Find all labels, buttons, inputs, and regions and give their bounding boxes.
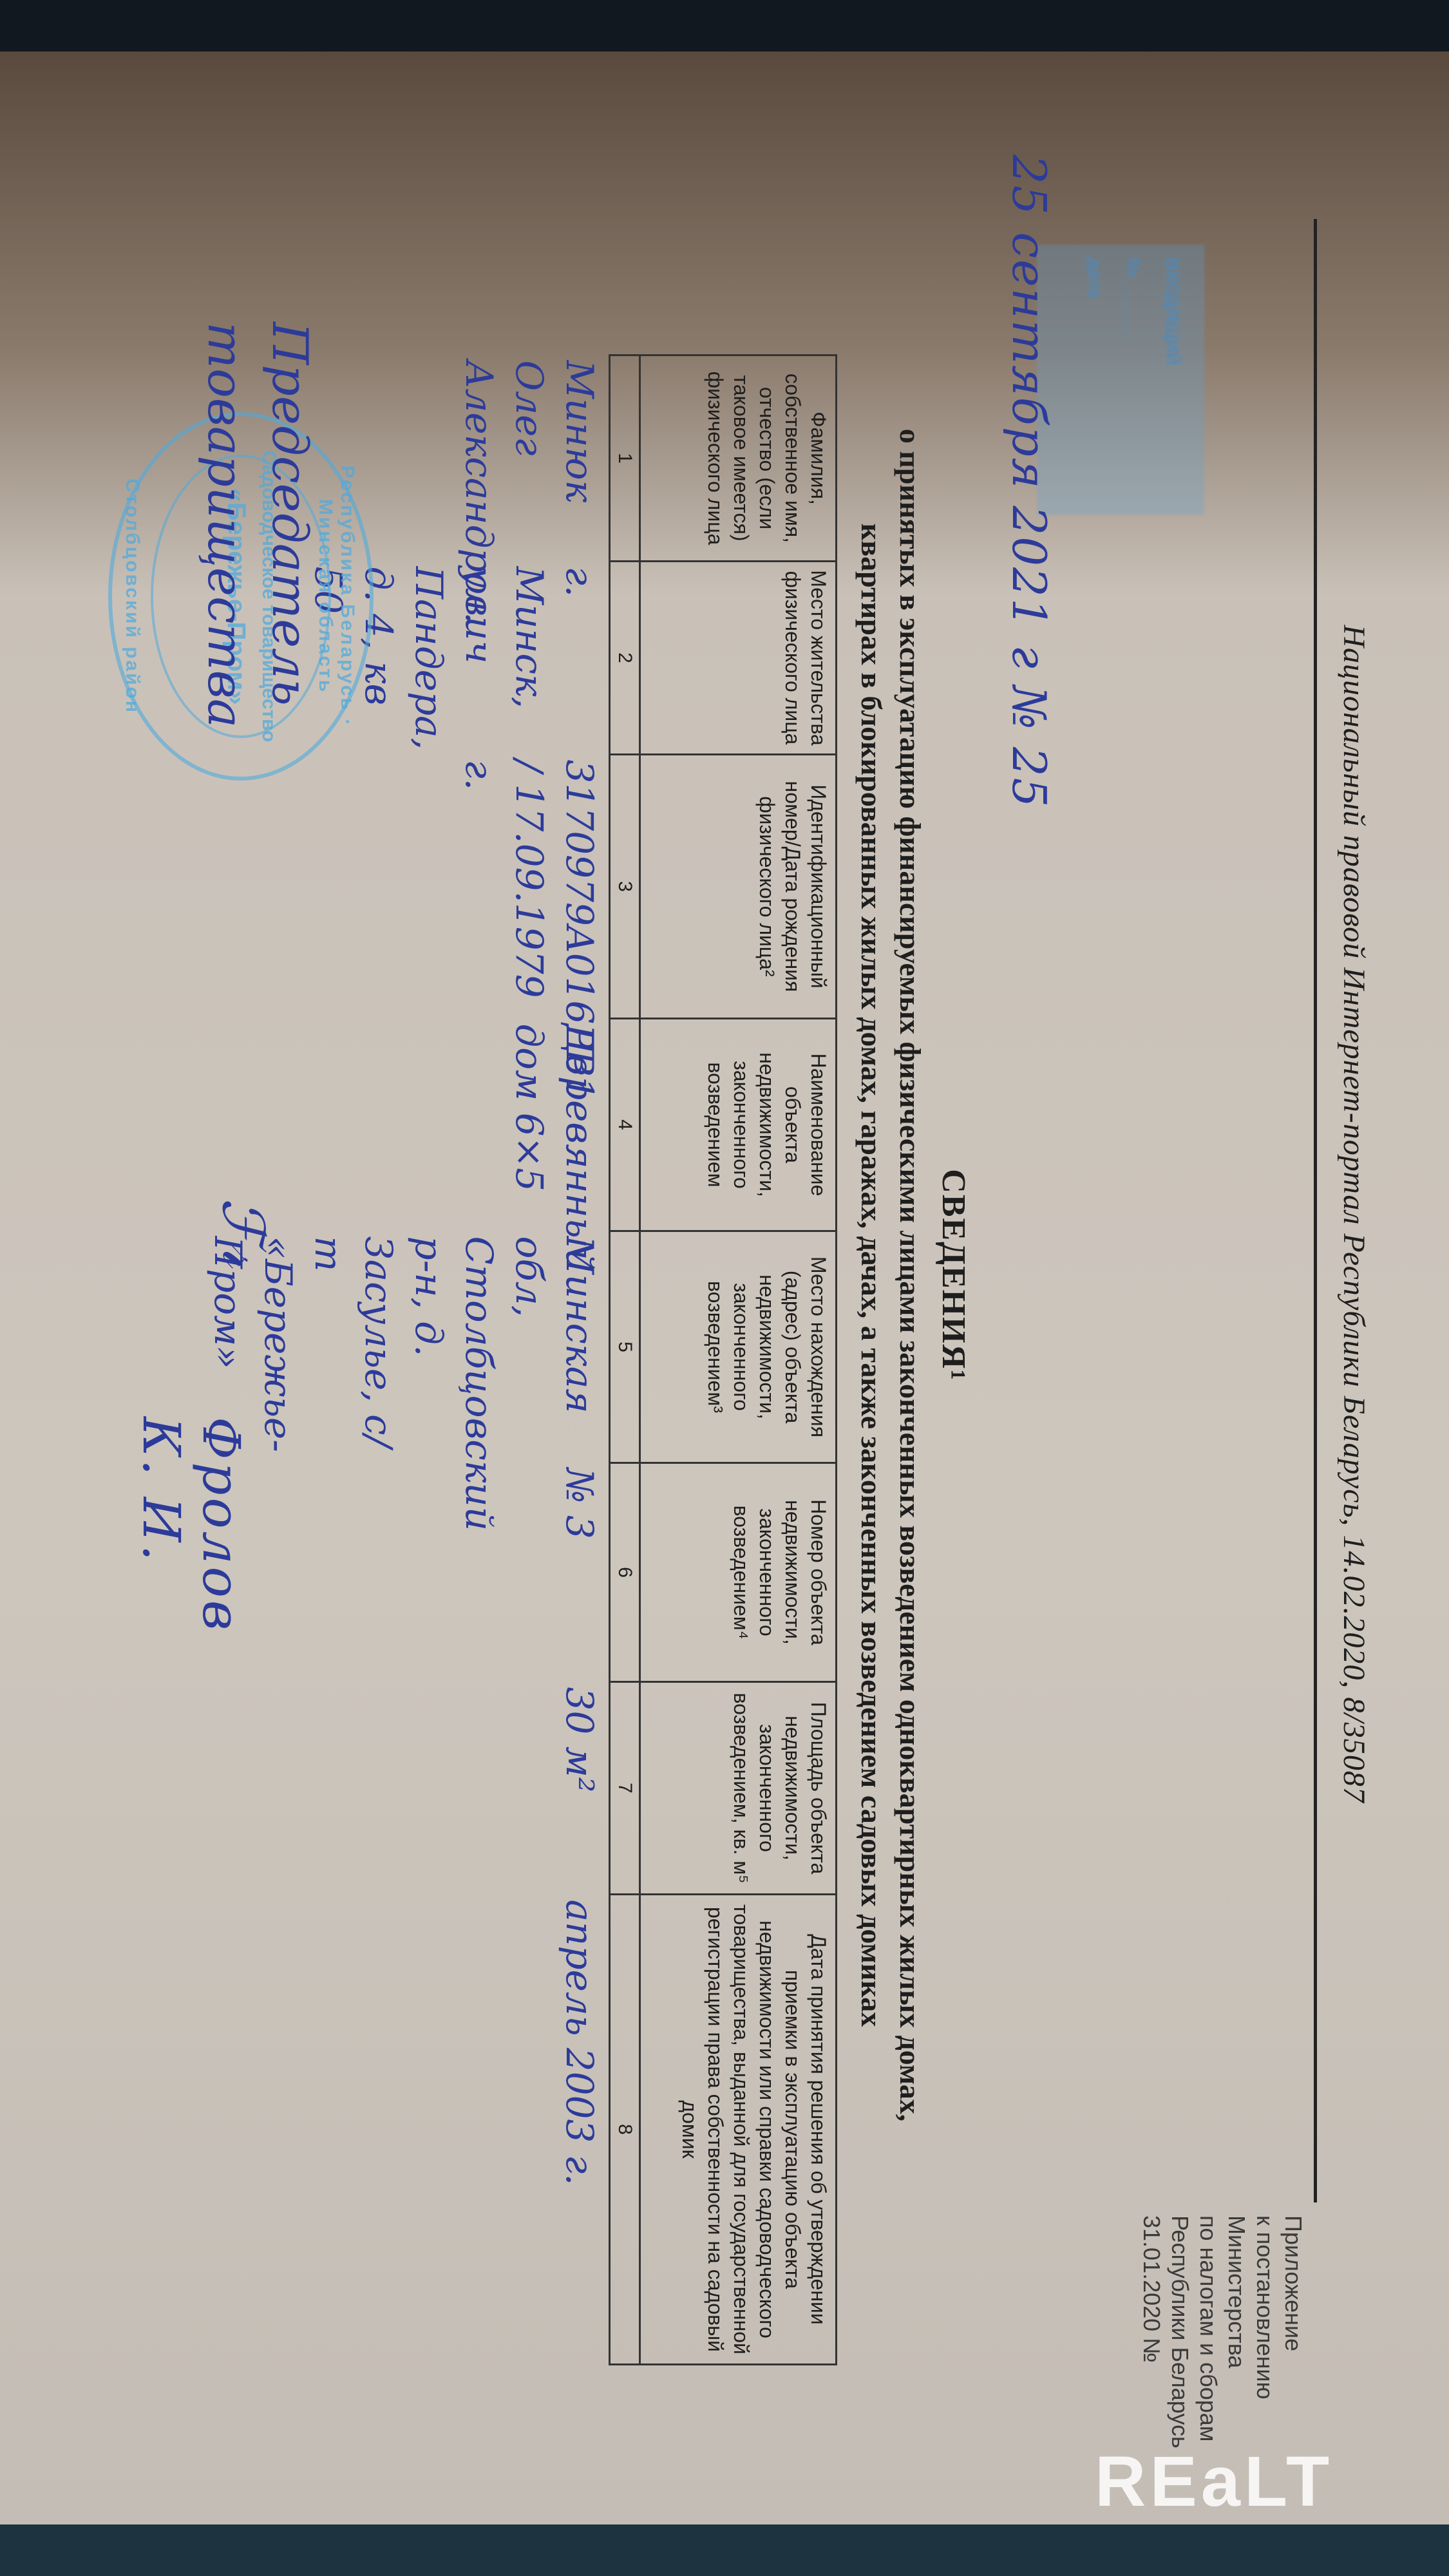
column-number: 4 [610,1019,640,1231]
column-number: 3 [610,755,640,1019]
stamp-ring-text: Столбцовский район [121,416,143,777]
column-number: 2 [610,562,640,755]
signatory-title: Председатель товарищества [193,322,322,708]
header-acceptance-date: Дата принятия решения об утверждении при… [640,1895,837,2365]
signatory-name: Фролов К. И. [131,1417,251,1633]
stamp-line: № ______ [1114,258,1153,502]
cell-id-birthdate: 3170979A016PB1 / 17.09.1979 г. [199,755,610,1019]
header-full-name: Фамилия, собственное имя, отчество (если… [640,355,837,562]
header-id-birthdate: Идентификационный номер/Дата рождения фи… [640,755,837,1019]
column-number: 5 [610,1231,640,1463]
handwritten-value: № 3 [558,1468,601,1539]
realt-watermark: REaLT [1095,2441,1333,2523]
handwritten-value: апрель 2003 г. [558,1900,601,2186]
handwritten-value: 30 м² [558,1687,601,1793]
registration-handwritten-note: 25 сентября 2021 г № 25 [1002,155,1056,808]
document-title: СВЕДЕНИЯ¹ [934,52,972,2499]
document-subtitle-1: о принятых в эксплуатацию финансируемых … [893,52,927,2499]
header-object-name: Наименование объекта недвижимости, закон… [640,1019,837,1231]
document-sheet: Национальный правовой Интернет-портал Ре… [32,52,1417,2499]
cell-object-number: № 3 [199,1463,610,1682]
header-rule [1314,219,1317,2202]
header-object-address: Место нахождения (адрес) объекта недвижи… [640,1231,837,1463]
registration-stamp: ВХОДЯЩИЙ № ______ дата [1037,245,1204,515]
signature-scribble-icon: ℱ𝓇 [209,1198,277,1267]
background-bottom [0,2524,1449,2576]
portal-header: Национальный правовой Интернет-портал Ре… [1336,264,1372,2164]
document-subtitle-2: квартирах в блокированных жилых домах, г… [855,52,889,2499]
stamp-line: дата [1075,258,1114,502]
background-top [0,0,1449,52]
cell-acceptance-date: апрель 2003 г. [199,1895,610,2365]
header-residence: Место жительства физического лица [640,562,837,755]
column-number: 6 [610,1463,640,1682]
header-object-number: Номер объекта недвижимости, законченного… [640,1463,837,1682]
cell-object-area: 30 м² [199,1682,610,1895]
header-object-area: Площадь объекта недвижимости, законченно… [640,1682,837,1895]
column-number: 7 [610,1682,640,1895]
column-number: 8 [610,1895,640,2365]
column-number: 1 [610,355,640,562]
stamp-line: ВХОДЯЩИЙ [1153,258,1191,502]
